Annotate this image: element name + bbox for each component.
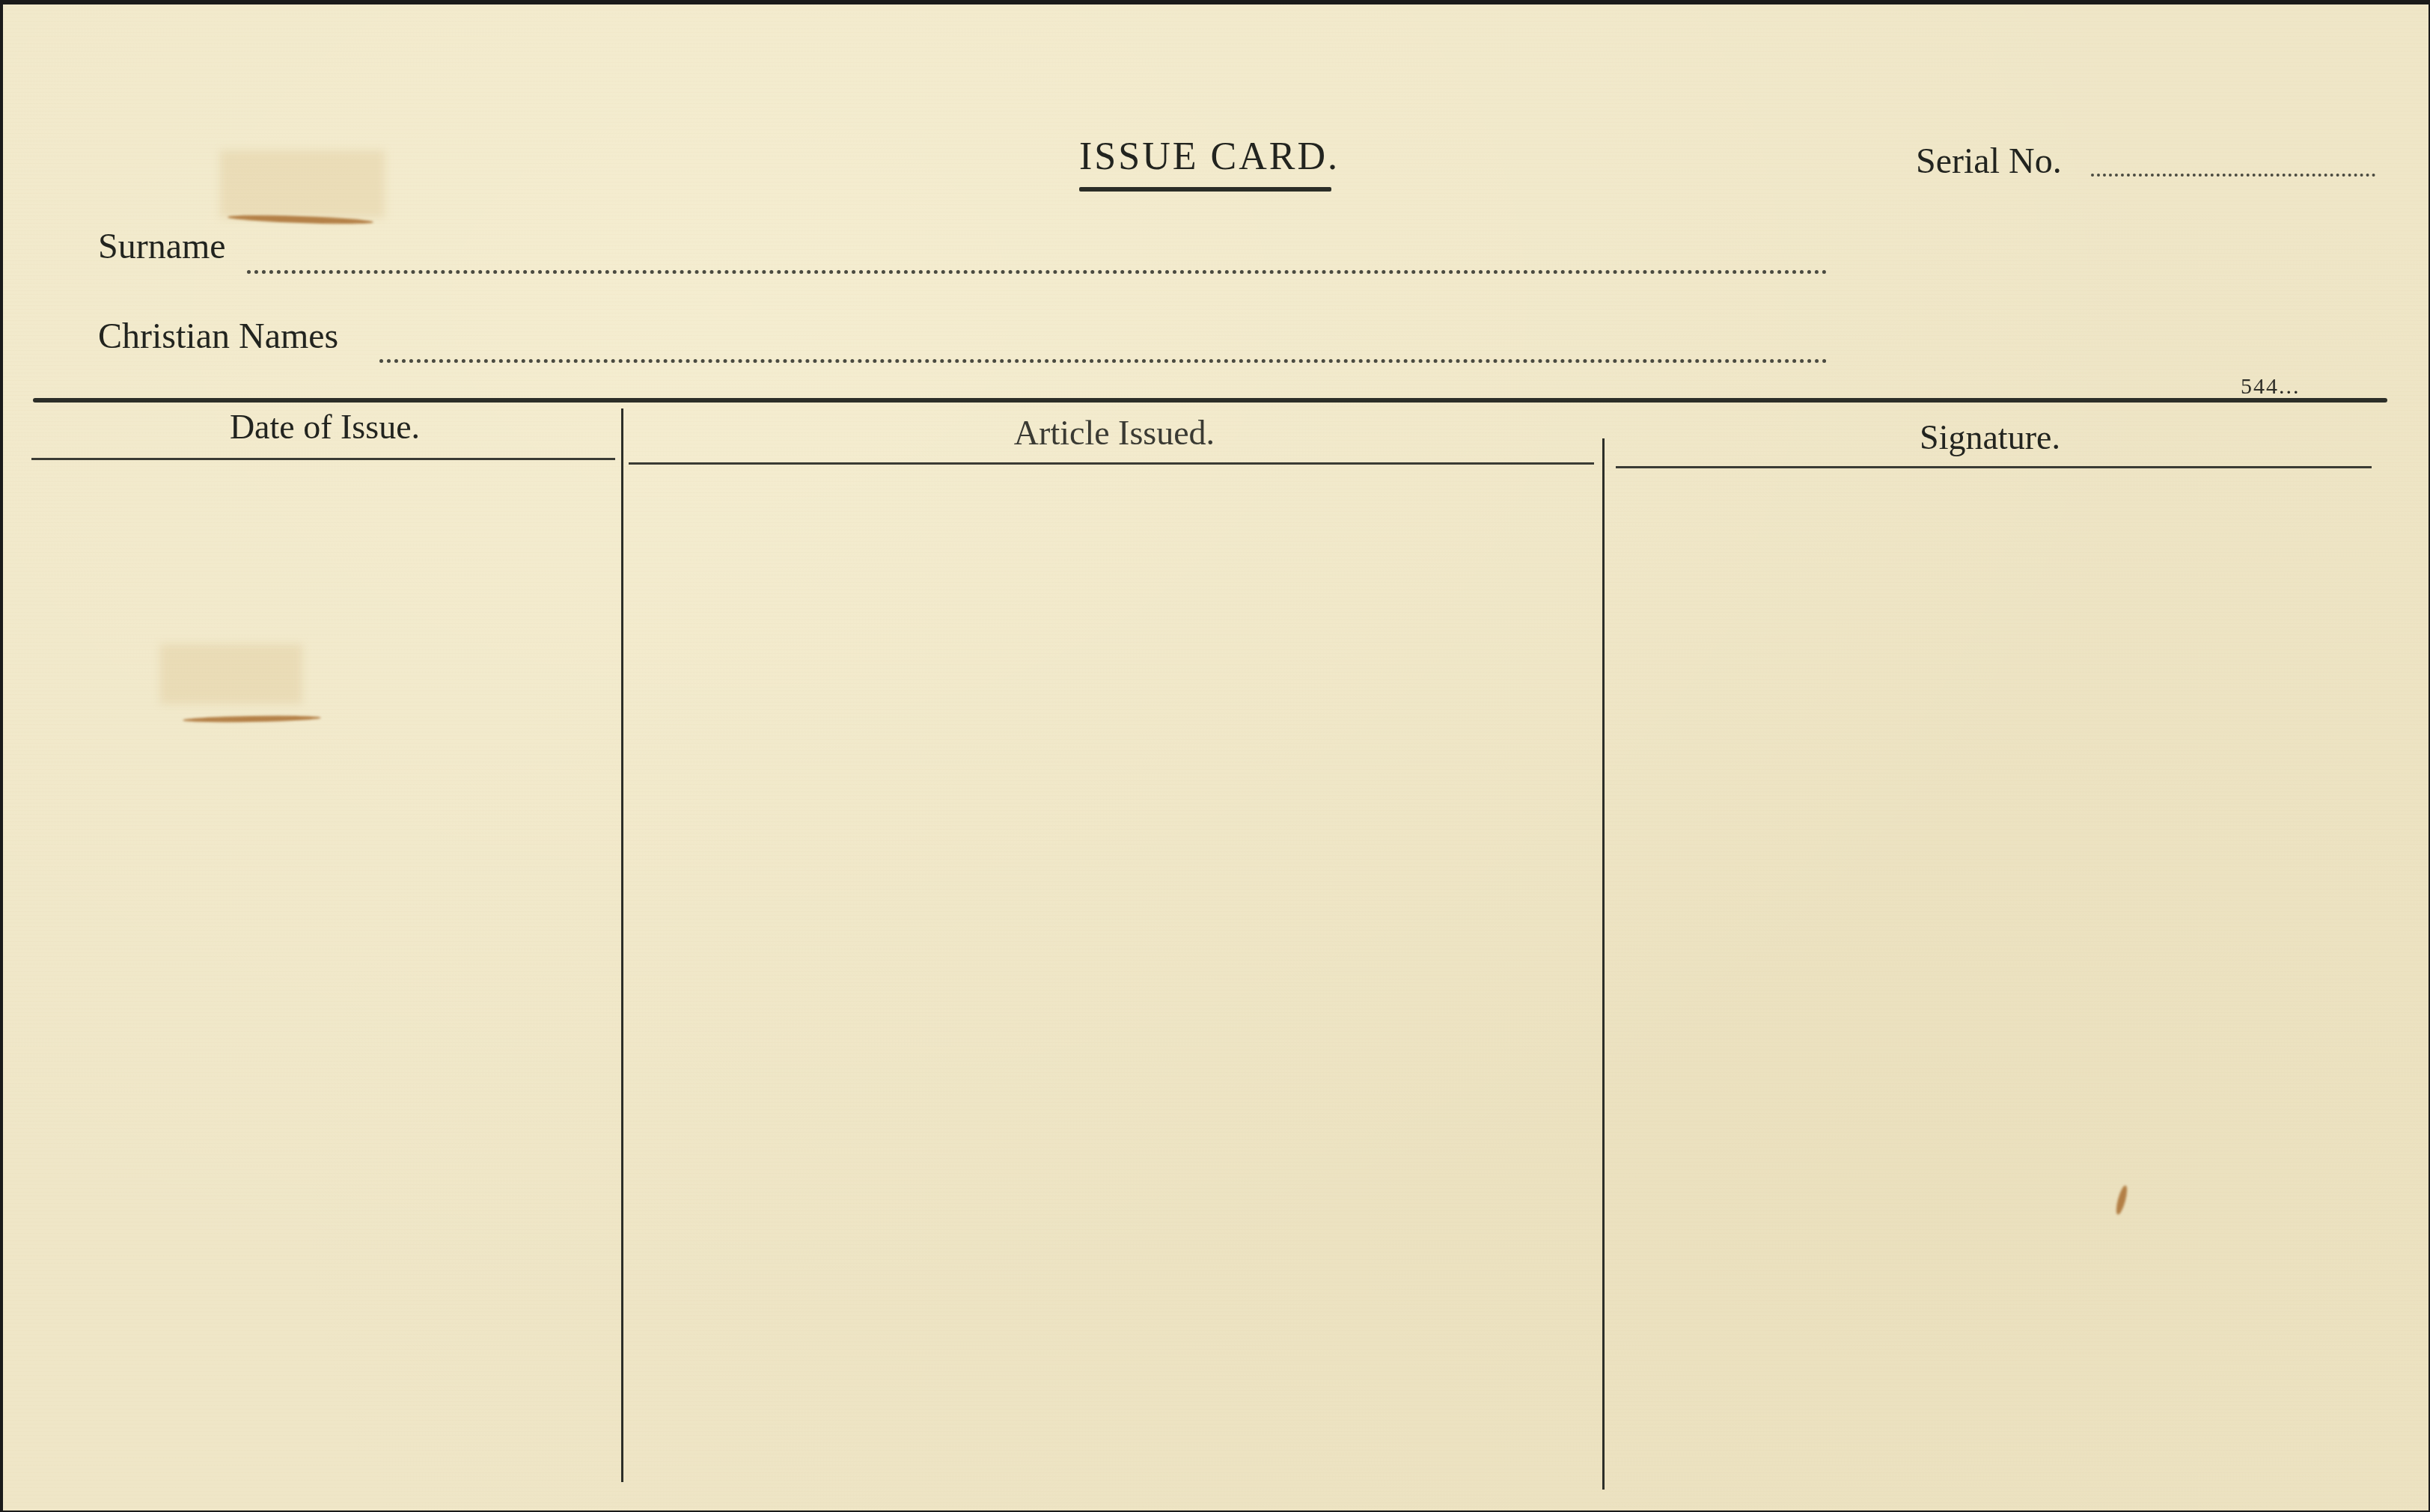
header-divider-rule: [33, 398, 2387, 403]
form-number: 544...: [2241, 374, 2301, 400]
column-header-date-of-issue: Date of Issue.: [33, 410, 617, 444]
column-divider-1: [621, 408, 623, 1482]
serial-number-label: Serial No.: [1916, 144, 2062, 180]
serial-number-field[interactable]: [2091, 174, 2375, 177]
column-header-article-issued: Article Issued.: [626, 416, 1603, 450]
faint-stain: [220, 150, 385, 218]
date-of-issue-column-area[interactable]: [33, 472, 620, 1482]
column-header-signature: Signature.: [1608, 420, 2372, 455]
column-header-rule-article: [629, 462, 1594, 465]
column-header-rule-date: [31, 458, 615, 460]
signature-column-area[interactable]: [1606, 472, 2377, 1490]
article-issued-column-area[interactable]: [625, 472, 1601, 1482]
christian-names-field[interactable]: [379, 359, 1828, 363]
issue-card: ISSUE CARD. Serial No. Surname Christian…: [3, 4, 2429, 1511]
surname-label: Surname: [98, 229, 226, 265]
faint-stain: [160, 644, 302, 704]
surname-field[interactable]: [247, 270, 1828, 274]
column-header-rule-signature: [1616, 466, 2372, 468]
title-underline: [1079, 187, 1331, 192]
column-divider-2: [1602, 438, 1605, 1490]
christian-names-label: Christian Names: [98, 319, 338, 355]
card-title: ISSUE CARD.: [1079, 138, 1340, 177]
